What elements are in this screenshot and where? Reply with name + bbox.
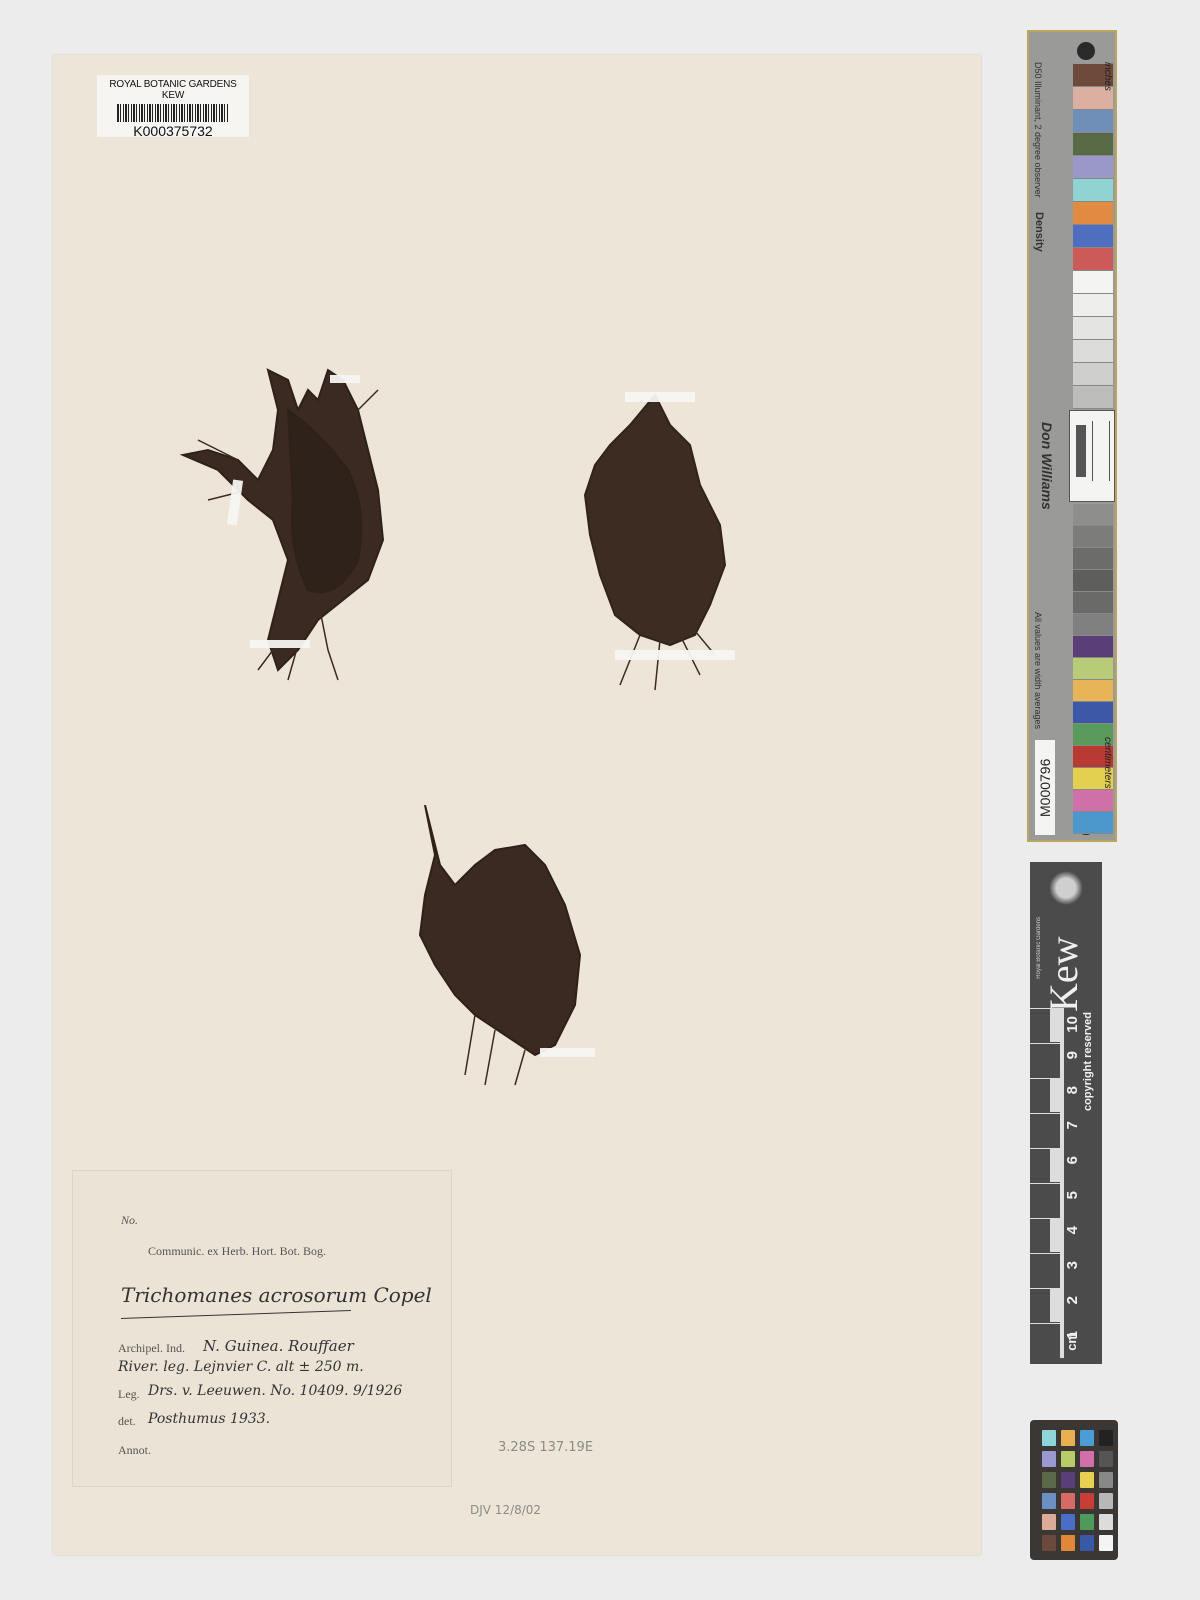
color-patch [1073,294,1113,317]
leg-prefix: Leg. [118,1387,140,1402]
color-patch [1073,570,1113,592]
color-patch [1073,248,1113,271]
archipel-prefix: Archipel. Ind. [118,1341,185,1356]
color-patch [1073,317,1113,340]
color-patch [1073,812,1113,834]
color-checker-card [1030,1420,1118,1560]
color-patch [1073,133,1113,156]
color-swatch [1061,1535,1075,1551]
catalog-number: K000375732 [97,123,249,139]
color-swatch [1080,1493,1094,1509]
determination-label: No. Communic. ex Herb. Hort. Bot. Bog. T… [72,1170,452,1487]
color-swatch [1061,1430,1075,1446]
ruler-hole-icon [1077,42,1095,60]
locality-line-1: N. Guinea. Rouffaer [203,1337,354,1355]
color-swatch [1099,1493,1113,1509]
color-patch [1073,790,1113,812]
scale-number: 9 [1064,1051,1081,1059]
illuminant-text: D50 Illuminant, 2 degree observer [1033,62,1043,198]
density-label: Density [1033,212,1045,252]
color-swatch [1042,1430,1056,1446]
color-swatch [1042,1451,1056,1467]
scale-strip [1050,1079,1060,1112]
determiner: Posthumus 1933. [148,1411,270,1427]
institution-name: ROYAL BOTANIC GARDENS KEW [97,79,249,101]
scale-strip [1050,1219,1060,1252]
inches-label: inches [1102,62,1113,91]
royal-crest-icon [1050,870,1082,906]
color-patch [1073,363,1113,386]
color-patch [1073,636,1113,658]
color-patch [1073,340,1113,363]
color-swatch [1061,1451,1075,1467]
color-patch [1073,526,1113,548]
color-patch [1073,702,1113,724]
scale-strip [1050,1009,1060,1042]
color-swatch [1061,1472,1075,1488]
color-patch [1073,592,1113,614]
scale-number: 8 [1064,1086,1081,1094]
color-swatch [1080,1472,1094,1488]
scale-number: 7 [1064,1121,1081,1129]
centimeters-label: centimeters [1102,737,1113,789]
mounting-tape [250,640,310,648]
color-swatch [1080,1430,1094,1446]
color-swatch [1061,1514,1075,1530]
taxon-name: Trichomanes acrosorum Copel [121,1283,432,1307]
scale-number: 4 [1064,1226,1081,1234]
color-patch [1073,110,1113,133]
color-swatch [1099,1472,1113,1488]
mounting-tape [615,650,735,660]
color-swatch [1042,1493,1056,1509]
barcode-icon [117,104,229,122]
ruler-sample-id: M000796 [1035,740,1055,835]
specimen-upper-left [178,350,398,690]
number-field-label: No. [121,1213,138,1228]
annot-prefix: Annot. [118,1443,151,1458]
color-swatch [1061,1493,1075,1509]
scale-number: 3 [1064,1261,1081,1269]
collector: Drs. v. Leeuwen. No. 10409. 9/1926 [148,1383,402,1399]
mounting-tape [625,392,695,402]
color-patch [1073,614,1113,636]
barcode-label: ROYAL BOTANIC GARDENS KEW K000375732 [97,75,249,137]
fern-specimen-icon [580,385,730,695]
communic-line: Communic. ex Herb. Hort. Bot. Bog. [148,1244,326,1259]
color-patch [1073,225,1113,248]
scale-cell [1030,1183,1060,1218]
color-patch [1073,386,1113,409]
density-bar [1076,425,1086,477]
color-swatch [1080,1451,1094,1467]
color-patch [1073,156,1113,179]
scale-cell [1030,1253,1060,1288]
color-patch [1073,658,1113,680]
kew-wordmark: Kew [1044,912,1084,1012]
pencil-coordinates: 3.28S 137.19E [498,1440,593,1455]
color-calibration-ruler: D50 Illuminant, 2 degree observer Densit… [1027,30,1117,842]
scale-number: 5 [1064,1191,1081,1199]
color-patch [1073,202,1113,225]
scale-cell [1030,1043,1060,1078]
unit-label: cm [1064,1332,1079,1351]
color-swatch [1099,1514,1113,1530]
color-swatch [1099,1535,1113,1551]
scale-strip [1050,1289,1060,1322]
copyright-text: copyright reserved [1082,1012,1094,1111]
fern-specimen-icon [178,350,398,690]
specimen-upper-right [580,385,730,695]
det-prefix: det. [118,1414,136,1429]
color-swatch [1099,1430,1113,1446]
scale-number: 10 [1064,1016,1081,1033]
color-patch [1073,680,1113,702]
taxon-underline [121,1310,351,1319]
color-swatch [1080,1514,1094,1530]
color-patch [1073,271,1113,294]
scale-strip [1050,1149,1060,1182]
scale-cell [1030,1113,1060,1148]
color-patch [1073,179,1113,202]
mounting-tape [330,375,360,383]
color-patch [1073,504,1113,526]
scale-number: 6 [1064,1156,1081,1164]
brand-name: Don Williams [1039,422,1055,510]
scale-number: 2 [1064,1296,1081,1304]
pencil-initials-date: DJV 12/8/02 [470,1503,541,1517]
color-swatch [1042,1472,1056,1488]
density-target [1069,410,1115,502]
density-scale [1092,421,1110,481]
color-swatch [1042,1535,1056,1551]
color-swatch [1099,1451,1113,1467]
color-swatch [1080,1535,1094,1551]
color-swatch [1042,1514,1056,1530]
color-patch [1073,548,1113,570]
scale-cell [1030,1323,1060,1358]
locality-line-2: River. leg. Lejnvier C. alt ± 250 m. [118,1359,364,1375]
scale-white-band [1060,1008,1064,1358]
kew-scale-bar: Royal Botanic Gardens Kew 12345678910 co… [1030,862,1102,1364]
values-note: All values are width averages [1033,612,1043,729]
color-patches-top [1073,64,1113,409]
mounting-tape [540,1048,595,1057]
